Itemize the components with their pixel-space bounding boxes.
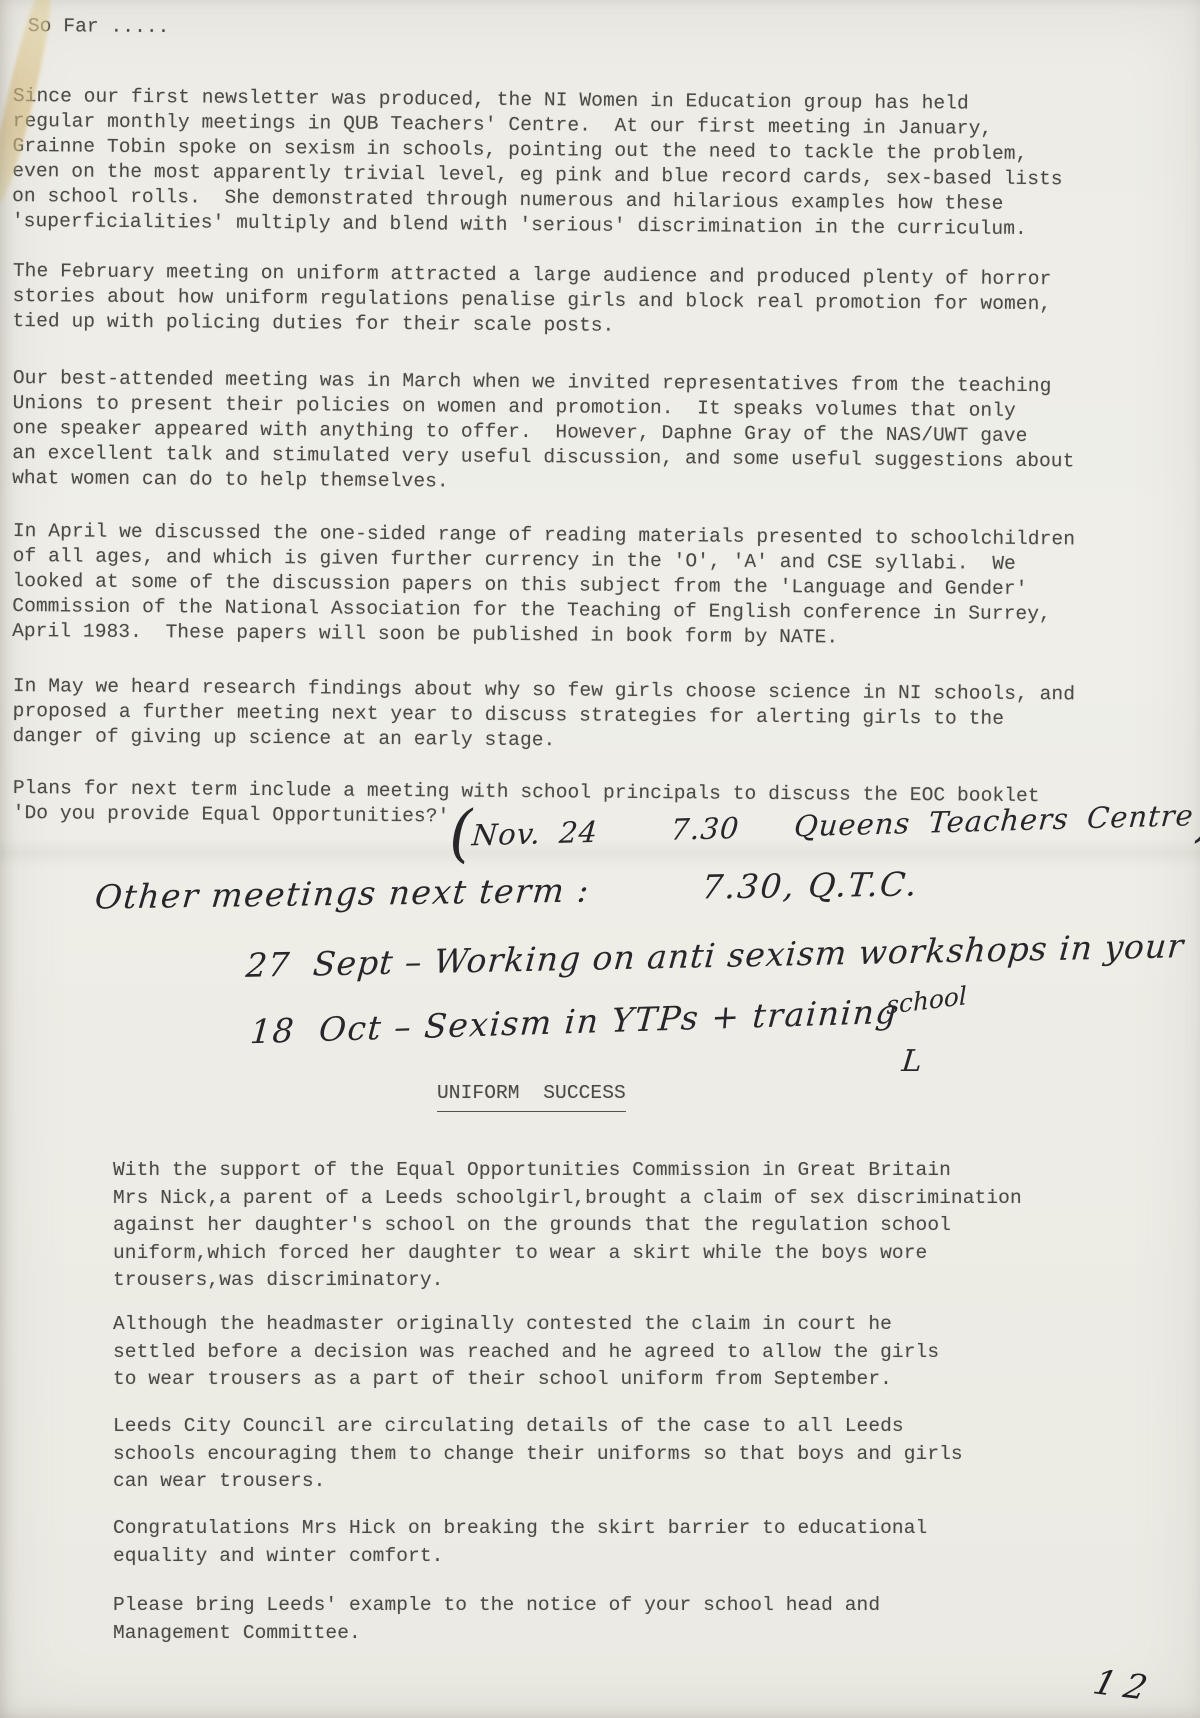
handwritten-meeting-time: 7.30, Q.T.C. (700, 864, 920, 906)
typed-paragraph-may: In May we heard research findings about … (12, 674, 1075, 757)
handwritten-page-number: 12 (1089, 1663, 1160, 1709)
typed-paragraph-february: The February meeting on uniform attracte… (12, 259, 1051, 342)
uniform-success-heading: UNIFORM SUCCESS (437, 1080, 626, 1112)
uniform-paragraph-congratulations: Congratulations Mrs Hick on breaking the… (113, 1515, 927, 1570)
document-page: So Far ..... Since our first newsletter … (0, 0, 1200, 1718)
handwritten-insert-mark: L (900, 1044, 924, 1079)
uniform-paragraph-claim: With the support of the Equal Opportunit… (113, 1157, 1022, 1295)
open-paren-mark: ( (448, 803, 474, 864)
handwritten-other-meetings: Other meetings next term : (93, 871, 591, 917)
uniform-paragraph-council: Leeds City Council are circulating detai… (113, 1413, 963, 1496)
typed-paragraph-intro: Since our first newsletter was produced,… (12, 84, 1064, 242)
typed-paragraph-april: In April we discussed the one-sided rang… (12, 519, 1075, 652)
uniform-paragraph-headmaster: Although the headmaster originally conte… (113, 1311, 939, 1394)
uniform-paragraph-please-bring: Please bring Leeds' example to the notic… (113, 1592, 880, 1647)
handwritten-september-meeting: 27 Sept – Working on anti sexism worksho… (244, 926, 1185, 985)
handwritten-october-meeting: 18 Oct – Sexism in YTPs + training (249, 992, 900, 1051)
typed-paragraph-march: Our best-attended meeting was in March w… (12, 366, 1075, 499)
